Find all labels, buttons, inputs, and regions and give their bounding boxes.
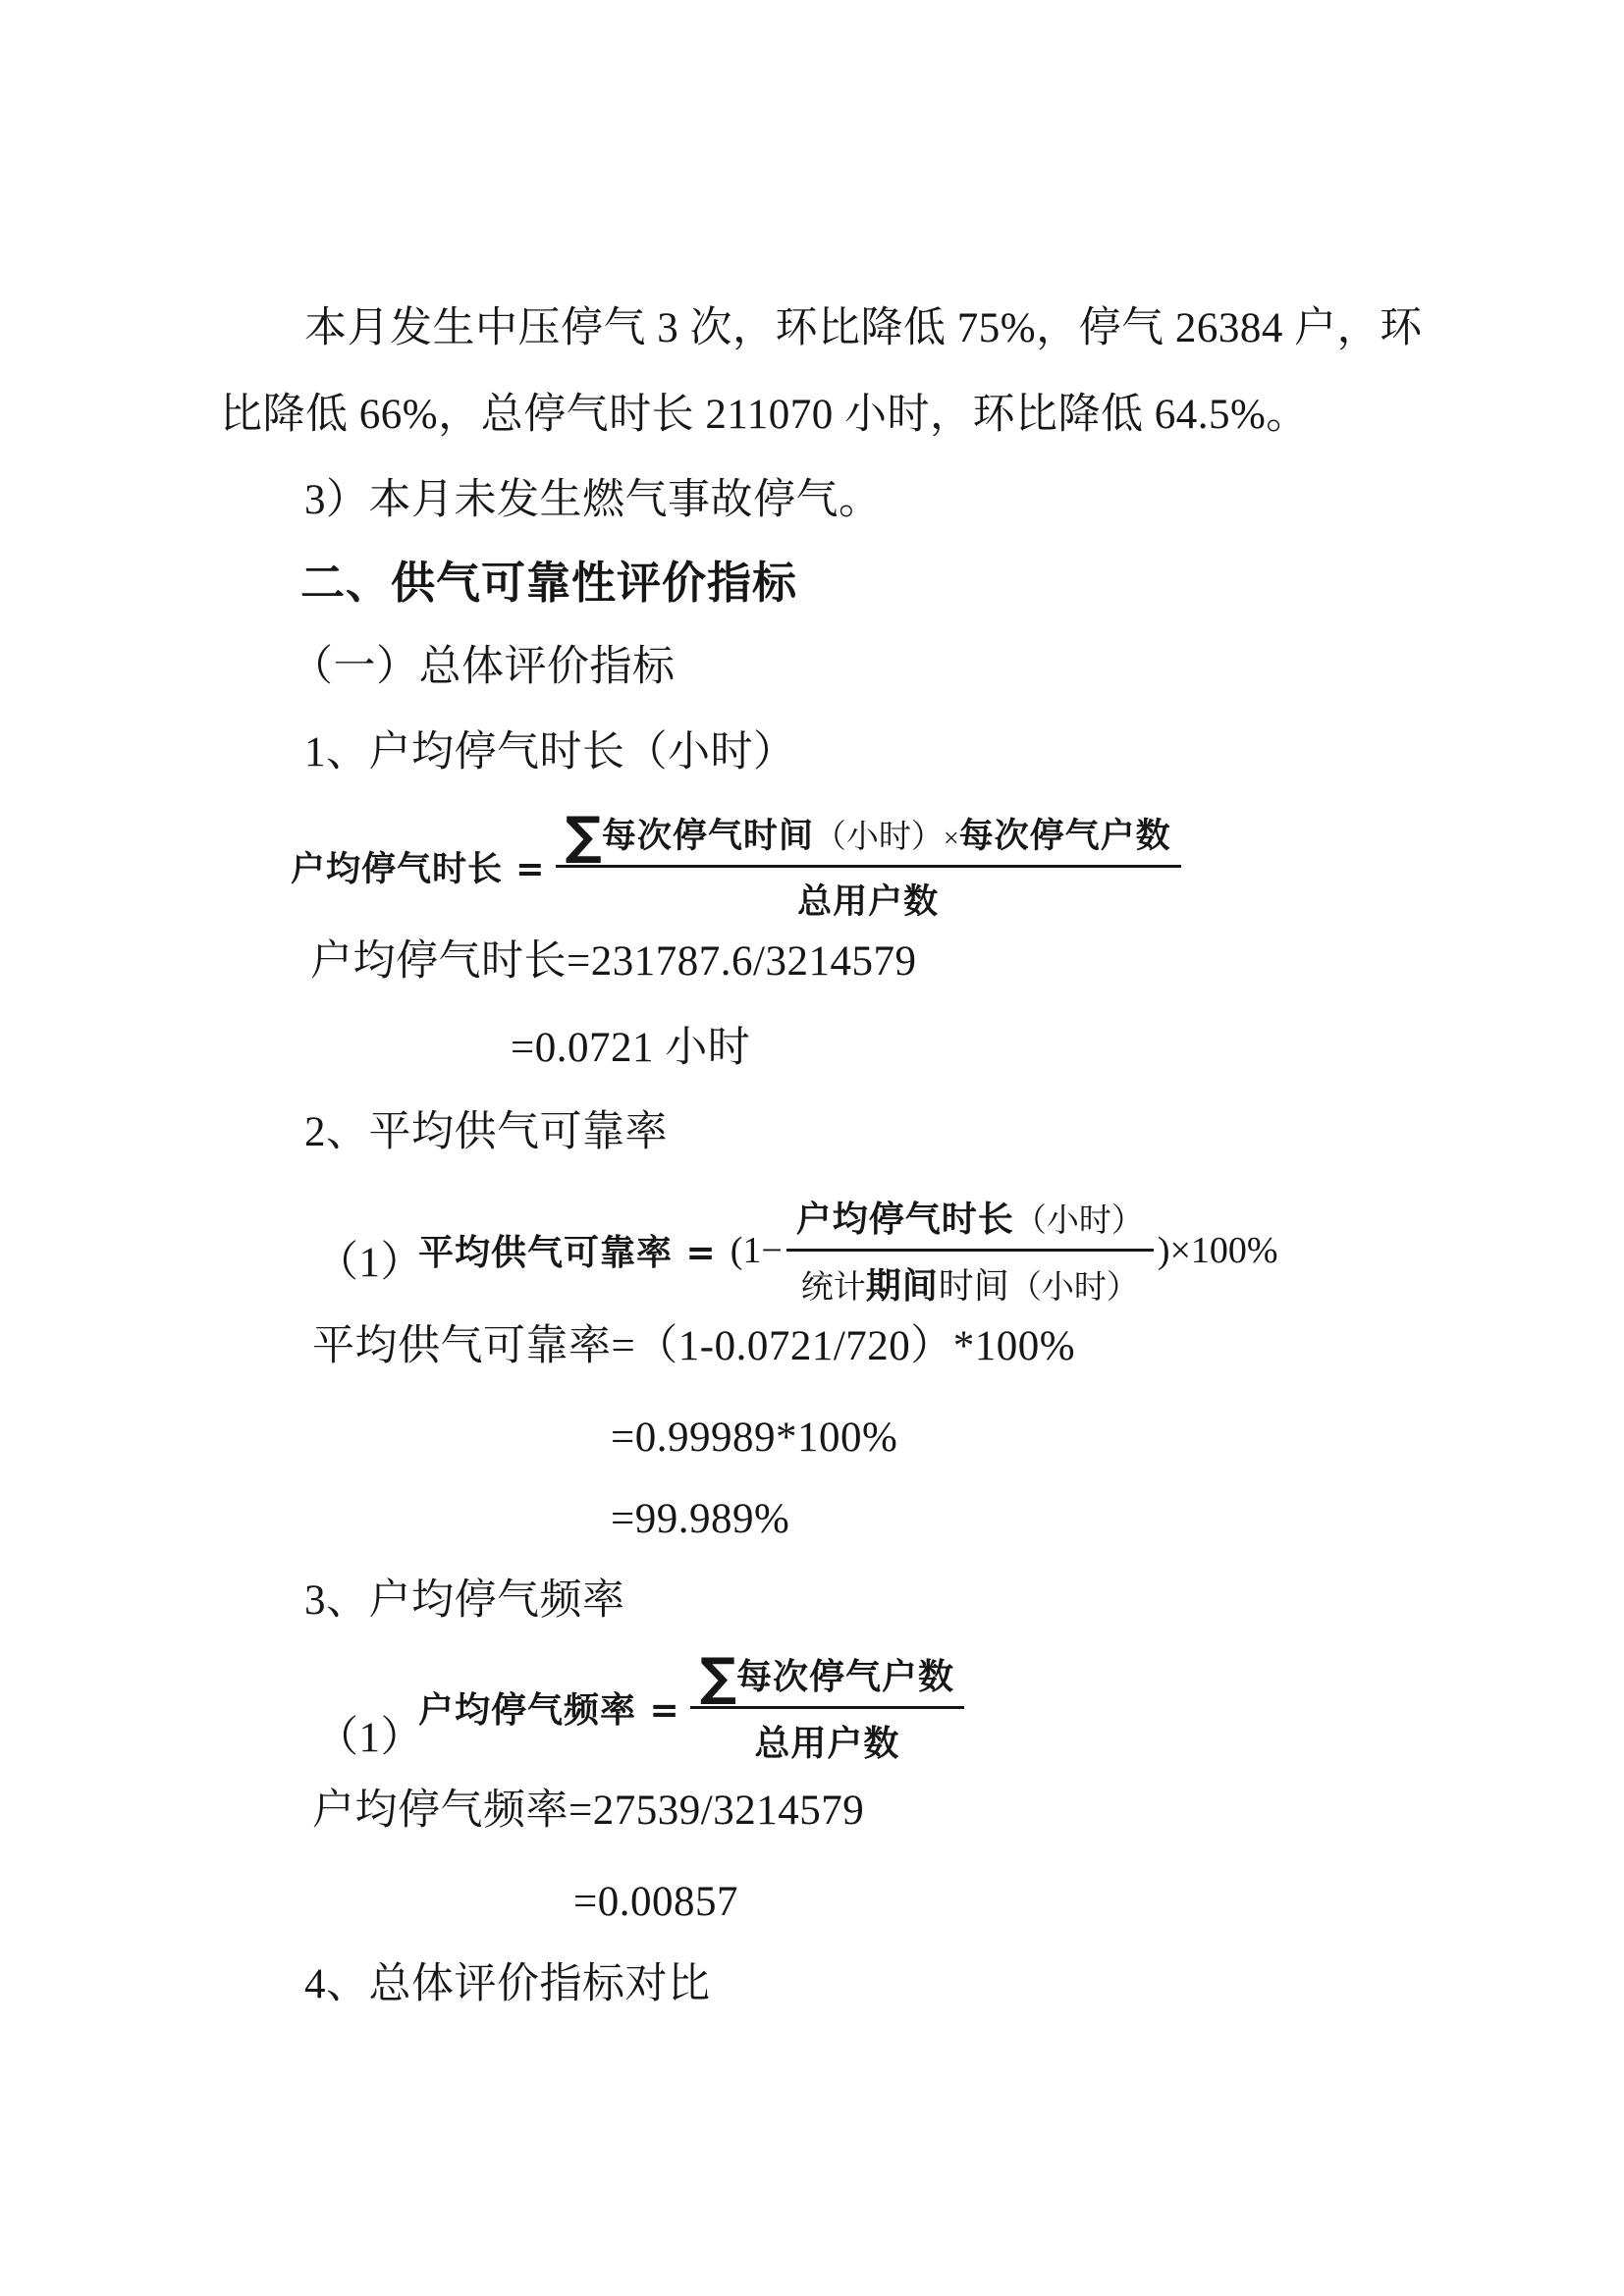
calc-reliability-line-1: 平均供气可靠率=（1-0.0721/720）*100% [312,1322,1075,1370]
sigma-symbol: ∑ [700,1648,736,1707]
formula-2-fraction: 户均停气时长（小时） 统计期间时间（小时） [786,1192,1154,1308]
item-2-heading: 2、平均供气可靠率 [304,1108,668,1156]
calc-frequency-line-2: =0.00857 [573,1878,738,1926]
formula-2-den-c: 时间 [939,1266,1009,1307]
formula-1-lhs: 户均停气时长 = [291,842,546,891]
formula-1-num-tail: 每次停气户数 [959,817,1171,856]
formula-1-denominator: 总用户数 [797,868,939,924]
formula-3-num-main: 每次停气户数 [736,1657,954,1697]
para-mid-pressure-line1: 本月发生中压停气 3 次，环比降低 75%，停气 26384 户，环 [304,304,1423,352]
formula-2-den-b: 期间 [866,1266,939,1307]
formula-1-numerator: ∑每次停气时间（小时）×每次停气户数 [556,809,1181,868]
formula-1-num-main: 每次停气时间 [602,817,814,856]
formula-2-den-a: 统计 [801,1270,866,1306]
formula-2-numerator: 户均停气时长（小时） [786,1192,1154,1252]
formula-outage-frequency: 户均停气频率 = ∑每次停气户数 总用户数 [418,1649,964,1766]
item-1-heading: 1、户均停气时长（小时） [304,728,796,776]
formula-2-den-paren: （小时） [1009,1270,1139,1306]
multiply-sign: × [944,824,959,854]
formula-2-denominator: 统计期间时间（小时） [801,1252,1139,1308]
calc-duration-line-1: 户均停气时长=231787.6/3214579 [310,937,916,986]
formula-2-num-paren: （小时） [1014,1203,1144,1239]
formula-1-fraction: ∑每次停气时间（小时）×每次停气户数 总用户数 [556,809,1181,924]
eq2-number-label: （1） [316,1239,423,1287]
formula-2-close-paren: )×100% [1158,1229,1278,1272]
eq3-number-label: （1） [316,1714,423,1762]
calc-duration-line-2: =0.0721 小时 [511,1024,750,1072]
formula-2-lhs: 平均供气可靠率 = [418,1225,717,1275]
formula-2-num-main: 户均停气时长 [796,1200,1014,1240]
formula-1-num-paren: （小时） [814,820,944,855]
sigma-symbol: ∑ [566,807,602,866]
formula-3-fraction: ∑每次停气户数 总用户数 [690,1649,964,1766]
para-no-accident-outage: 3）本月未发生燃气事故停气。 [304,476,882,524]
calc-frequency-line-1: 户均停气频率=27539/3214579 [312,1787,864,1835]
item-4-heading: 4、总体评价指标对比 [304,1960,711,2008]
calc-reliability-line-3: =99.989% [611,1495,789,1543]
formula-3-denominator: 总用户数 [754,1709,899,1766]
formula-avg-supply-reliability: 平均供气可靠率 = (1− 户均停气时长（小时） 统计期间时间（小时） )×10… [418,1192,1282,1308]
formula-3-lhs: 户均停气频率 = [418,1682,680,1733]
para-mid-pressure-line2: 比降低 66%，总停气时长 211070 小时，环比降低 64.5%。 [220,391,1309,439]
formula-household-outage-duration: 户均停气时长 = ∑每次停气时间（小时）×每次停气户数 总用户数 [291,809,1181,924]
document-page: 本月发生中压停气 3 次，环比降低 75%，停气 26384 户，环 比降低 6… [0,0,1624,2296]
subsection-heading: （一）总体评价指标 [291,643,676,691]
formula-2-open-paren: (1− [731,1229,783,1272]
calc-reliability-line-2: =0.99989*100% [611,1414,897,1462]
formula-3-numerator: ∑每次停气户数 [690,1649,964,1709]
item-3-heading: 3、户均停气频率 [304,1576,625,1625]
section-heading: 二、供气可靠性评价指标 [300,558,797,609]
